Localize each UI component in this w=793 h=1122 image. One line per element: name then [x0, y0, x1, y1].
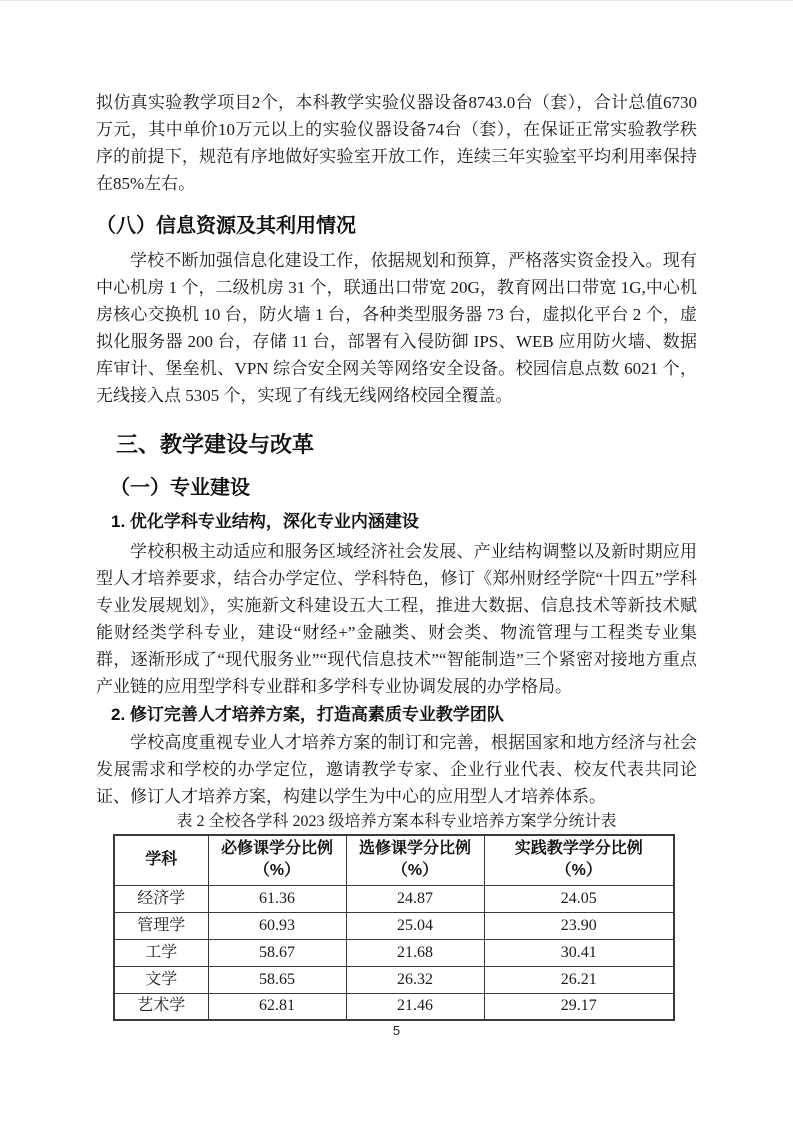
column-header-practical-line2: （%） [487, 860, 672, 882]
cell-required: 58.67 [208, 939, 346, 966]
cell-subject: 文学 [114, 966, 208, 993]
cell-required: 62.81 [208, 993, 346, 1020]
heading-section1-major-construction: （一）专业建设 [96, 473, 697, 503]
table-row: 文学 58.65 26.32 26.21 [114, 966, 674, 993]
paragraph-major-development: 学校积极主动适应和服务区域经济社会发展、产业结构调整以及新时期应用型人才培养要求… [96, 538, 697, 700]
heading-chapter3-teaching-construction: 三、教学建设与改革 [96, 429, 697, 461]
cell-practical: 30.41 [484, 939, 674, 966]
credit-statistics-table: 学科 必修课学分比例（%） 选修课学分比例（%） 实践教学学分比例 （%） 经济… [113, 834, 675, 1021]
cell-elective: 24.87 [346, 885, 484, 912]
cell-subject: 经济学 [114, 885, 208, 912]
table-row: 管理学 60.93 25.04 23.90 [114, 912, 674, 939]
column-header-elective-credits: 选修课学分比例（%） [346, 835, 484, 885]
document-page: 拟仿真实验教学项目2个，本科教学实验仪器设备8743.0台（套），合计总值673… [0, 0, 793, 1122]
cell-practical: 24.05 [484, 885, 674, 912]
cell-required: 61.36 [208, 885, 346, 912]
page-number: 5 [0, 1023, 793, 1038]
table-row: 工学 58.67 21.68 30.41 [114, 939, 674, 966]
cell-subject: 工学 [114, 939, 208, 966]
column-header-practical-credits: 实践教学学分比例 （%） [484, 835, 674, 885]
table-row: 经济学 61.36 24.87 24.05 [114, 885, 674, 912]
cell-required: 58.65 [208, 966, 346, 993]
page-content: 拟仿真实验教学项目2个，本科教学实验仪器设备8743.0台（套），合计总值673… [0, 1, 793, 1021]
paragraph-training-plan: 学校高度重视专业人才培养方案的制订和完善，根据国家和地方经济与社会发展需求和学校… [96, 729, 697, 810]
column-header-practical-line1: 实践教学学分比例 [487, 838, 672, 860]
cell-practical: 23.90 [484, 912, 674, 939]
paragraph-information-resources: 学校不断加强信息化建设工作，依据规划和预算，严格落实资金投入。现有中心机房 1 … [96, 247, 697, 409]
heading-sub1-optimize-majors: 1. 优化学科专业结构，深化专业内涵建设 [96, 509, 697, 534]
cell-elective: 21.68 [346, 939, 484, 966]
cell-elective: 25.04 [346, 912, 484, 939]
cell-subject: 管理学 [114, 912, 208, 939]
cell-required: 60.93 [208, 912, 346, 939]
column-header-required-credits: 必修课学分比例（%） [208, 835, 346, 885]
column-header-subject: 学科 [114, 835, 208, 885]
table-row: 艺术学 62.81 21.46 29.17 [114, 993, 674, 1020]
heading-sub2-training-plan: 2. 修订完善人才培养方案，打造高素质专业教学团队 [96, 702, 697, 727]
cell-elective: 21.46 [346, 993, 484, 1020]
table-caption: 表 2 全校各学科 2023 级培养方案本科专业培养方案学分统计表 [96, 810, 697, 834]
cell-elective: 26.32 [346, 966, 484, 993]
paragraph-lab-equipment: 拟仿真实验教学项目2个，本科教学实验仪器设备8743.0台（套），合计总值673… [96, 89, 697, 197]
cell-practical: 29.17 [484, 993, 674, 1020]
table-header-row: 学科 必修课学分比例（%） 选修课学分比例（%） 实践教学学分比例 （%） [114, 835, 674, 885]
cell-subject: 艺术学 [114, 993, 208, 1020]
cell-practical: 26.21 [484, 966, 674, 993]
heading-section8-information-resources: （八）信息资源及其利用情况 [96, 211, 697, 241]
